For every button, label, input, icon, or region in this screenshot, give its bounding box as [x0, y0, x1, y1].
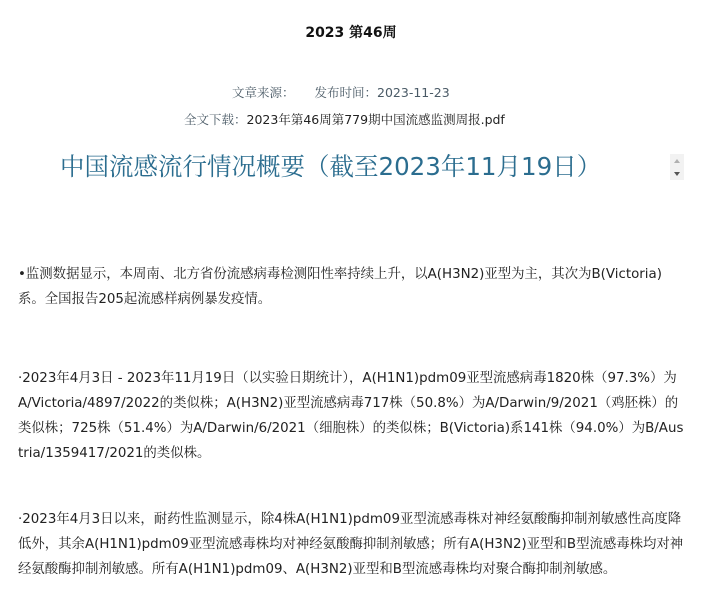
source-label: 文章来源：: [232, 85, 295, 100]
scroll-up-arrow-icon[interactable]: [674, 159, 680, 163]
download-label: 全文下载：: [184, 112, 247, 127]
week-title: 2023 第46周: [0, 22, 702, 42]
scroll-spinner[interactable]: [670, 154, 684, 180]
publish-date: 2023-11-23: [377, 85, 450, 100]
page-headline: 中国流感流行情况概要（截至2023年11月19日）: [60, 148, 601, 183]
paragraph-drug-resistance: ·2023年4月3日以来，耐药性监测显示，除4株A(H1N1)pdm09亚型流感…: [18, 507, 686, 582]
download-pdf-link[interactable]: 2023年第46周第779期中国流感监测周报.pdf: [247, 112, 505, 127]
download-line: 全文下载：2023年第46周第779期中国流感监测周报.pdf: [184, 110, 505, 128]
publish-label: 发布时间：: [315, 85, 378, 100]
paragraph-antigenic-analysis: ·2023年4月3日 - 2023年11月19日（以实验日期统计），A(H1N1…: [18, 366, 686, 466]
paragraph-surveillance-summary: •监测数据显示，本周南、北方省份流感病毒检测阳性率持续上升，以A(H3N2)亚型…: [18, 262, 686, 312]
article-meta: 文章来源： 发布时间：2023-11-23: [232, 83, 450, 101]
scroll-down-arrow-icon[interactable]: [674, 172, 680, 176]
